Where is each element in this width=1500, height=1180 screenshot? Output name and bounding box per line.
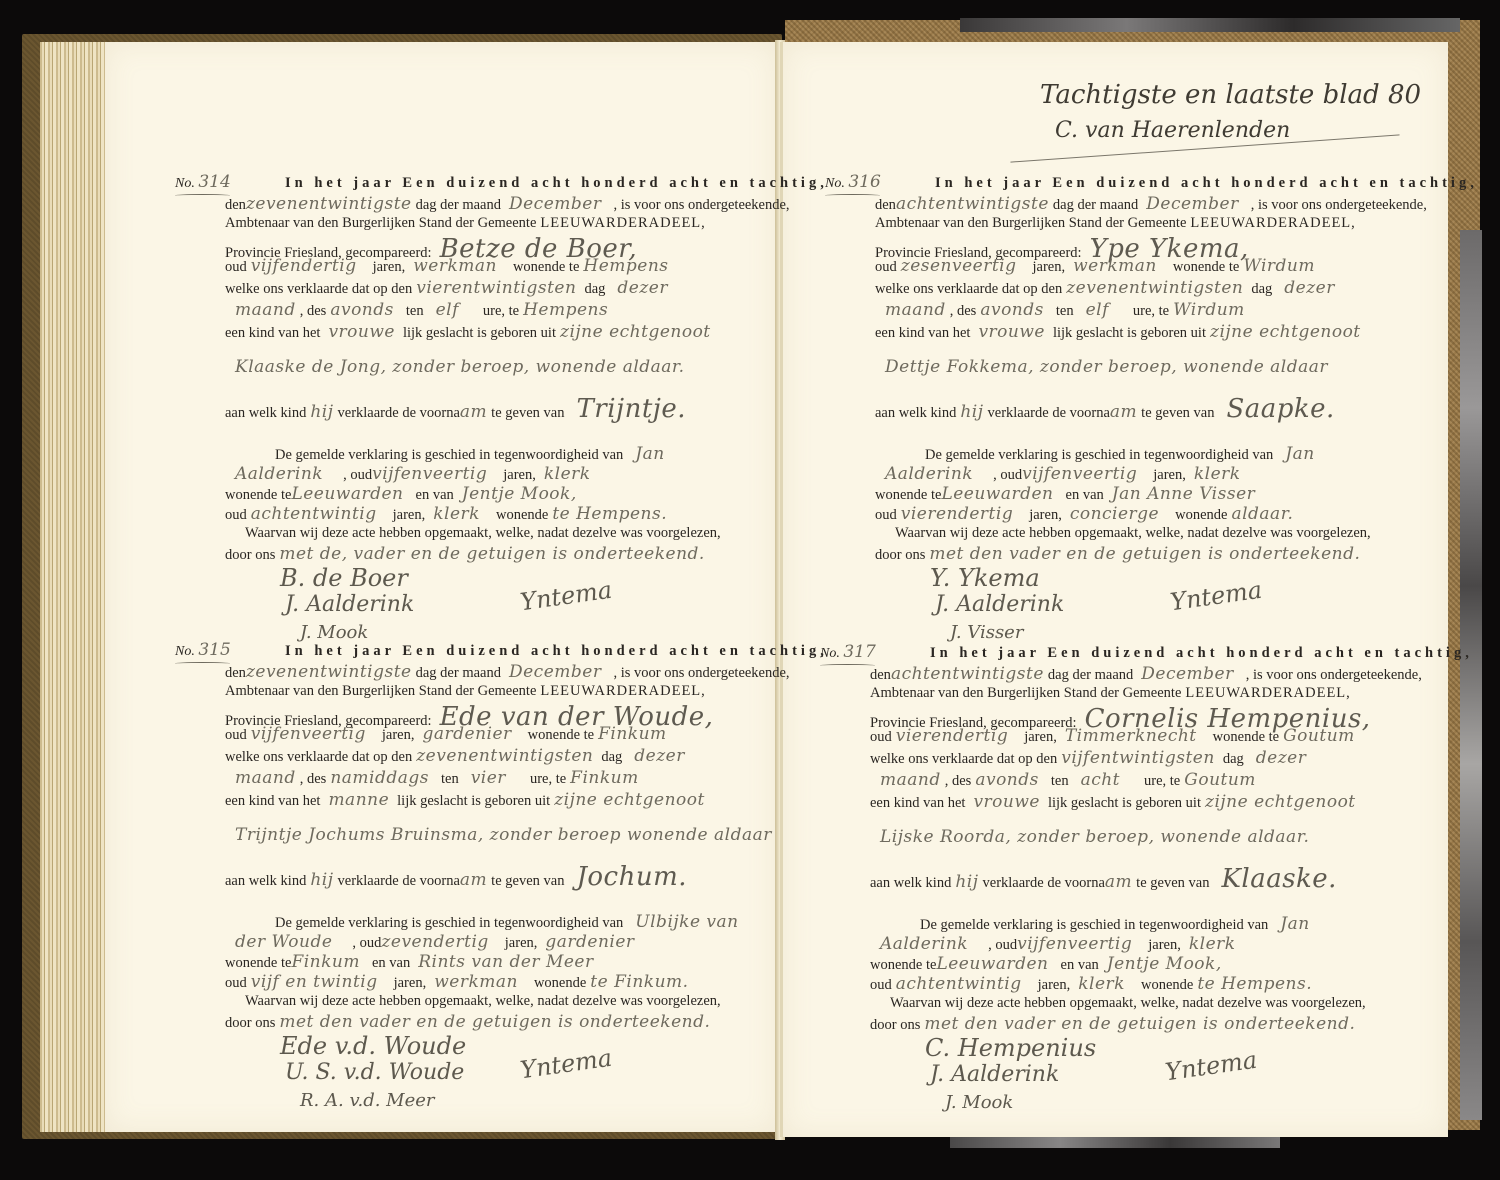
witness2-row: oud vierendertig jaren, concierge wonend… bbox=[875, 504, 1293, 524]
witness1-row: Aalderink , oudvijfenveertig jaren, kler… bbox=[880, 934, 1236, 954]
signature-witness1: J. Aalderink bbox=[285, 592, 414, 617]
child-label: een kind van het bbox=[875, 325, 970, 341]
te-geven-label: te geven van bbox=[1141, 405, 1214, 421]
day-of-month: zevenentwintigste bbox=[246, 662, 412, 682]
entry-number: No. 314 bbox=[175, 172, 231, 192]
wonende-label: wonende bbox=[1175, 507, 1227, 523]
birth-place: Goutum bbox=[1184, 770, 1256, 790]
des-label: , des bbox=[950, 303, 977, 319]
oud-label: , oud bbox=[352, 935, 381, 951]
witness1-age: zevendertig bbox=[381, 932, 488, 952]
official-title: Ambtenaar van den Burgerlijken Stand der… bbox=[225, 683, 536, 699]
witness2-occupation: concierge bbox=[1070, 504, 1159, 524]
entry-number: No. 316 bbox=[825, 172, 881, 192]
maand-word: maand bbox=[880, 770, 941, 790]
mother-row: Trijntje Jochums Bruinsma, zonder beroep… bbox=[235, 825, 772, 845]
witness1-age: vijfenveertig bbox=[372, 464, 487, 484]
oud-label: oud bbox=[225, 727, 247, 743]
year-line-row: In het jaar Een duizend acht honderd ach… bbox=[285, 642, 828, 660]
den-label: den bbox=[225, 665, 246, 681]
witness2-occupation: klerk bbox=[1078, 974, 1125, 994]
page-stack-edges bbox=[40, 42, 112, 1132]
entry-number-value: 314 bbox=[198, 172, 230, 192]
oud-label: oud bbox=[225, 259, 247, 275]
maand-word: maand bbox=[235, 768, 296, 788]
child-sex: vrouwe bbox=[973, 792, 1040, 812]
declarant-residence: Finkum bbox=[598, 724, 667, 744]
am-suffix: am bbox=[460, 870, 487, 890]
residence-label: wonende te bbox=[225, 955, 291, 971]
date-row: denachtentwintigste dag der maand Decemb… bbox=[875, 194, 1427, 214]
witness-clause-row: De gemelde verklaring is geschied in teg… bbox=[275, 444, 665, 464]
child-sex: vrouwe bbox=[978, 322, 1045, 342]
time-row: maand , des namiddags ten vier ure, te F… bbox=[235, 768, 639, 788]
witness1-last-name: Aalderink bbox=[885, 464, 973, 484]
am-suffix: am bbox=[460, 402, 487, 422]
witness1-row: der Woude , oudzevendertig jaren, garden… bbox=[235, 932, 635, 952]
dag-label: dag bbox=[601, 749, 622, 765]
witness1-residence: Leeuwarden bbox=[291, 484, 403, 504]
witness1-residence: Leeuwarden bbox=[936, 954, 1048, 974]
witness2-age: vijf en twintig bbox=[251, 972, 378, 992]
jaren-label: jaren, bbox=[1148, 937, 1181, 953]
year-line-row: In het jaar Een duizend acht honderd ach… bbox=[285, 174, 828, 192]
witness2-row: oud vijf en twintig jaren, werkman wonen… bbox=[225, 972, 689, 992]
closing-row: Waarvan wij deze acte hebben opgemaakt, … bbox=[245, 992, 721, 1010]
signed-text: met den vader en de getuigen is ondertee… bbox=[929, 544, 1360, 564]
den-label: den bbox=[875, 197, 896, 213]
child-sex: manne bbox=[328, 790, 389, 810]
birth-hour: acht bbox=[1081, 770, 1120, 790]
witness1-residence: Leeuwarden bbox=[941, 484, 1053, 504]
declarant-age: zesenveertig bbox=[901, 256, 1017, 276]
closing-clause: Waarvan wij deze acte hebben opgemaakt, … bbox=[895, 525, 1371, 541]
signature-witness2: J. Mook bbox=[300, 622, 368, 643]
declarant-residence: Hempens bbox=[583, 256, 668, 276]
lijk-label: lijk geslacht is geboren uit bbox=[403, 325, 556, 341]
den-label: den bbox=[225, 197, 246, 213]
time-row: maand , des avonds ten acht ure, te Gout… bbox=[880, 770, 1256, 790]
aan-welk-label: aan welk kind bbox=[225, 873, 306, 889]
lijk-label: lijk geslacht is geboren uit bbox=[397, 793, 550, 809]
signature-declarant: Y. Ykema bbox=[930, 564, 1040, 592]
declarant-occupation: Timmerknecht bbox=[1065, 726, 1197, 746]
jaren-label: jaren, bbox=[373, 259, 406, 275]
residence-label: wonende te bbox=[528, 727, 594, 743]
pronoun: hij bbox=[310, 402, 333, 422]
witness2-name: Rints van der Meer bbox=[418, 952, 593, 972]
dezer-word: dezer bbox=[634, 746, 685, 766]
month-value: December bbox=[1146, 194, 1238, 214]
dag-label: dag bbox=[584, 281, 605, 297]
mother-row: Klaaske de Jong, zonder beroep, wonende … bbox=[235, 357, 685, 377]
voornaam-label: verklaarde de voorna bbox=[983, 875, 1105, 891]
witness2-residence: te Finkum. bbox=[590, 972, 688, 992]
witness2-row: oud achtentwintig jaren, klerk wonende t… bbox=[225, 504, 667, 524]
jaren-label: jaren, bbox=[505, 935, 538, 951]
witness1-occupation: klerk bbox=[544, 464, 591, 484]
am-suffix: am bbox=[1105, 872, 1132, 892]
official-clause: , is voor ons ondergeteekende, bbox=[613, 665, 789, 681]
official-row: Ambtenaar van den Burgerlijken Stand der… bbox=[870, 684, 1351, 702]
jaren-label: jaren, bbox=[1153, 467, 1186, 483]
maand-word: maand bbox=[885, 300, 946, 320]
child-name: Klaaske. bbox=[1221, 864, 1337, 894]
year-line-row: In het jaar Een duizend acht honderd ach… bbox=[935, 174, 1478, 192]
declarant-occupation: werkman bbox=[1073, 256, 1157, 276]
declared-label: welke ons verklaarde dat op den bbox=[875, 281, 1062, 297]
witness2-residence: te Hempens. bbox=[552, 504, 667, 524]
pronoun: hij bbox=[960, 402, 983, 422]
witness1-res-row: wonende teLeeuwarden en van Jentje Mook, bbox=[870, 954, 1222, 974]
door-ons-label: door ons bbox=[225, 1015, 275, 1031]
witness1-first-name: Jan bbox=[1280, 914, 1309, 934]
signature-witness2: J. Mook bbox=[945, 1092, 1013, 1113]
oud-label: oud bbox=[875, 507, 897, 523]
child-name-row: aan welk kind hij verklaarde de voornaam… bbox=[225, 394, 686, 424]
birth-day: zevenentwintigsten bbox=[1066, 278, 1243, 298]
birth-hour: elf bbox=[436, 300, 459, 320]
wonende-label: wonende bbox=[534, 975, 586, 991]
jaren-label: jaren, bbox=[1038, 977, 1071, 993]
municipality: LEEUWARDERADEEL, bbox=[540, 215, 705, 231]
en-van-label: en van bbox=[1066, 487, 1104, 503]
witness2-name: Jentje Mook, bbox=[462, 484, 577, 504]
spouse-prefix: zijne echtgenoot bbox=[554, 790, 705, 810]
month-label: dag der maand bbox=[416, 665, 501, 681]
ten-label: ten bbox=[1051, 773, 1069, 789]
mother-name: Lijske Roorda, zonder beroep, wonende al… bbox=[880, 827, 1309, 847]
witness2-residence: aldaar. bbox=[1231, 504, 1293, 524]
witness1-res-row: wonende teLeeuwarden en van Jentje Mook, bbox=[225, 484, 577, 504]
time-of-day: avonds bbox=[330, 300, 394, 320]
ure-label: ure, te bbox=[483, 303, 519, 319]
registrar-signature-header: C. van Haerenlenden bbox=[1055, 118, 1290, 143]
witness1-last-name: der Woude bbox=[235, 932, 332, 952]
declared-label: welke ons verklaarde dat op den bbox=[870, 751, 1057, 767]
age-row: oud vijfenveertig jaren, gardenier wonen… bbox=[225, 724, 667, 744]
official-clause: , is voor ons ondergeteekende, bbox=[1251, 197, 1427, 213]
witness-clause-row: De gemelde verklaring is geschied in teg… bbox=[920, 914, 1310, 934]
spouse-prefix: zijne echtgenoot bbox=[560, 322, 711, 342]
child-name: Trijntje. bbox=[576, 394, 686, 424]
ten-label: ten bbox=[441, 771, 459, 787]
child-label: een kind van het bbox=[225, 793, 320, 809]
residence-label: wonende te bbox=[870, 957, 936, 973]
witness1-res-row: wonende teFinkum en van Rints van der Me… bbox=[225, 952, 594, 972]
no-label: No. bbox=[825, 176, 845, 191]
child-name: Jochum. bbox=[576, 862, 687, 892]
birth-place: Wirdum bbox=[1173, 300, 1245, 320]
jaren-label: jaren, bbox=[1033, 259, 1066, 275]
official-title: Ambtenaar van den Burgerlijken Stand der… bbox=[870, 685, 1181, 701]
wonende-label: wonende bbox=[1141, 977, 1193, 993]
jaren-label: jaren, bbox=[1024, 729, 1057, 745]
residence-label: wonende te bbox=[875, 487, 941, 503]
witness1-row: Aalderink , oudvijfenveertig jaren, kler… bbox=[885, 464, 1241, 484]
closing-clause: Waarvan wij deze acte hebben opgemaakt, … bbox=[245, 993, 721, 1009]
te-geven-label: te geven van bbox=[491, 873, 564, 889]
child-name-row: aan welk kind hij verklaarde de voornaam… bbox=[225, 862, 687, 892]
maand-word: maand bbox=[235, 300, 296, 320]
date-row: denachtentwintigste dag der maand Decemb… bbox=[870, 664, 1422, 684]
witness1-first-name: Ulbijke van bbox=[635, 912, 738, 932]
witness2-name: Jentje Mook, bbox=[1107, 954, 1222, 974]
ure-label: ure, te bbox=[1133, 303, 1169, 319]
door-ons-label: door ons bbox=[875, 547, 925, 563]
month-value: December bbox=[509, 662, 601, 682]
time-of-day: avonds bbox=[975, 770, 1039, 790]
no-label: No. bbox=[175, 644, 195, 659]
birth-place: Hempens bbox=[523, 300, 608, 320]
year-line-row: In het jaar Een duizend acht honderd ach… bbox=[930, 644, 1473, 662]
voornaam-label: verklaarde de voorna bbox=[338, 873, 460, 889]
signature-declarant: Ede v.d. Woude bbox=[280, 1032, 466, 1060]
signature-witness1: J. Aalderink bbox=[930, 1062, 1059, 1087]
declared-label: welke ons verklaarde dat op den bbox=[225, 281, 412, 297]
witness1-last-name: Aalderink bbox=[880, 934, 968, 954]
closing-row: Waarvan wij deze acte hebben opgemaakt, … bbox=[890, 994, 1366, 1012]
en-van-label: en van bbox=[1061, 957, 1099, 973]
door-ons-label: door ons bbox=[225, 547, 275, 563]
witness2-residence: te Hempens. bbox=[1197, 974, 1312, 994]
ten-label: ten bbox=[406, 303, 424, 319]
declared-label: welke ons verklaarde dat op den bbox=[225, 749, 412, 765]
time-of-day: namiddags bbox=[330, 768, 429, 788]
am-suffix: am bbox=[1110, 402, 1137, 422]
child-name-row: aan welk kind hij verklaarde de voornaam… bbox=[870, 864, 1337, 894]
dag-label: dag bbox=[1223, 751, 1244, 767]
day-of-month: achtentwintigste bbox=[891, 664, 1044, 684]
aan-welk-label: aan welk kind bbox=[225, 405, 306, 421]
marbled-board-top bbox=[960, 18, 1460, 32]
birth-place: Finkum bbox=[570, 768, 639, 788]
witness-clause-row: De gemelde verklaring is geschied in teg… bbox=[275, 912, 739, 932]
signed-text: met de, vader en de getuigen is ondertee… bbox=[279, 544, 704, 564]
residence-label: wonende te bbox=[1173, 259, 1239, 275]
mother-name: Dettje Fokkema, zonder beroep, wonende a… bbox=[885, 357, 1328, 377]
no-label: No. bbox=[175, 176, 195, 191]
closing-row: Waarvan wij deze acte hebben opgemaakt, … bbox=[895, 524, 1371, 542]
signature-witness2: J. Visser bbox=[950, 622, 1023, 643]
entry-number-value: 316 bbox=[848, 172, 880, 192]
time-of-day: avonds bbox=[980, 300, 1044, 320]
birth-day: zevenentwintigsten bbox=[416, 746, 593, 766]
oud-label: , oud bbox=[993, 467, 1022, 483]
witness1-age: vijfenveertig bbox=[1022, 464, 1137, 484]
month-label: dag der maand bbox=[1053, 197, 1138, 213]
voornaam-label: verklaarde de voorna bbox=[338, 405, 460, 421]
lijk-label: lijk geslacht is geboren uit bbox=[1048, 795, 1201, 811]
aan-welk-label: aan welk kind bbox=[875, 405, 956, 421]
jaren-label: jaren, bbox=[382, 727, 415, 743]
birth-day-row: welke ons verklaarde dat op den vijfentw… bbox=[870, 748, 1306, 768]
pronoun: hij bbox=[310, 870, 333, 890]
dezer-word: dezer bbox=[617, 278, 668, 298]
oud-label: , oud bbox=[988, 937, 1017, 953]
age-row: oud vijfendertig jaren, werkman wonende … bbox=[225, 256, 669, 276]
birth-day-row: welke ons verklaarde dat op den zevenent… bbox=[225, 746, 685, 766]
witness1-last-name: Aalderink bbox=[235, 464, 323, 484]
dezer-word: dezer bbox=[1284, 278, 1335, 298]
entry-number-value: 315 bbox=[198, 640, 230, 660]
witness2-occupation: klerk bbox=[433, 504, 480, 524]
mother-name: Trijntje Jochums Bruinsma, zonder beroep… bbox=[235, 825, 772, 845]
witness-clause: De gemelde verklaring is geschied in teg… bbox=[920, 917, 1268, 933]
lijk-label: lijk geslacht is geboren uit bbox=[1053, 325, 1206, 341]
witness-clause: De gemelde verklaring is geschied in teg… bbox=[925, 447, 1273, 463]
declarant-occupation: gardenier bbox=[422, 724, 511, 744]
month-label: dag der maand bbox=[1048, 667, 1133, 683]
mother-row: Lijske Roorda, zonder beroep, wonende al… bbox=[880, 827, 1309, 847]
en-van-label: en van bbox=[416, 487, 454, 503]
oud-label: oud bbox=[225, 975, 247, 991]
date-row: denzevenentwintigste dag der maand Decem… bbox=[225, 662, 790, 682]
official-row: Ambtenaar van den Burgerlijken Stand der… bbox=[225, 682, 706, 700]
birth-hour: vier bbox=[471, 768, 506, 788]
birth-day-row: welke ons verklaarde dat op den zevenent… bbox=[875, 278, 1335, 298]
spouse-prefix: zijne echtgenoot bbox=[1210, 322, 1361, 342]
signed-row: door ons met den vader en de getuigen is… bbox=[875, 544, 1360, 564]
closing-clause: Waarvan wij deze acte hebben opgemaakt, … bbox=[245, 525, 721, 541]
entry-number-value: 317 bbox=[843, 642, 875, 662]
official-title: Ambtenaar van den Burgerlijken Stand der… bbox=[875, 215, 1186, 231]
des-label: , des bbox=[300, 771, 327, 787]
signed-row: door ons met de, vader en de getuigen is… bbox=[225, 544, 705, 564]
te-geven-label: te geven van bbox=[1136, 875, 1209, 891]
official-clause: , is voor ons ondergeteekende, bbox=[1246, 667, 1422, 683]
entry-number: No. 315 bbox=[175, 640, 231, 660]
dezer-word: dezer bbox=[1256, 748, 1307, 768]
year-line: In het jaar Een duizend acht honderd ach… bbox=[935, 175, 1478, 191]
signature-declarant: C. Hempenius bbox=[925, 1034, 1096, 1062]
signature-witness1: U. S. v.d. Woude bbox=[285, 1060, 464, 1085]
official-clause: , is voor ons ondergeteekende, bbox=[613, 197, 789, 213]
witness1-occupation: klerk bbox=[1194, 464, 1241, 484]
closing-clause: Waarvan wij deze acte hebben opgemaakt, … bbox=[890, 995, 1366, 1011]
day-of-month: achtentwintigste bbox=[896, 194, 1049, 214]
witness1-res-row: wonende teLeeuwarden en van Jan Anne Vis… bbox=[875, 484, 1255, 504]
age-row: oud vierendertig jaren, Timmerknecht won… bbox=[870, 726, 1355, 746]
dag-label: dag bbox=[1251, 281, 1272, 297]
official-row: Ambtenaar van den Burgerlijken Stand der… bbox=[225, 214, 706, 232]
age-row: oud zesenveertig jaren, werkman wonende … bbox=[875, 256, 1315, 276]
jaren-label: jaren, bbox=[394, 975, 427, 991]
official-row: Ambtenaar van den Burgerlijken Stand der… bbox=[875, 214, 1356, 232]
signature-witness2: R. A. v.d. Meer bbox=[300, 1090, 435, 1111]
witness1-residence: Finkum bbox=[291, 952, 360, 972]
month-label: dag der maand bbox=[416, 197, 501, 213]
birth-day-row: welke ons verklaarde dat op den vierentw… bbox=[225, 278, 668, 298]
declarant-occupation: werkman bbox=[413, 256, 497, 276]
closing-row: Waarvan wij deze acte hebben opgemaakt, … bbox=[245, 524, 721, 542]
witness2-age: vierendertig bbox=[901, 504, 1013, 524]
marbled-board-edge bbox=[1460, 230, 1482, 1120]
witness2-occupation: werkman bbox=[434, 972, 518, 992]
voornaam-label: verklaarde de voorna bbox=[988, 405, 1110, 421]
sex-row: een kind van het vrouwe lijk geslacht is… bbox=[225, 322, 711, 342]
municipality: LEEUWARDERADEEL, bbox=[1185, 685, 1350, 701]
witness1-row: Aalderink , oudvijfenveertig jaren, kler… bbox=[235, 464, 591, 484]
signed-text: met den vader en de getuigen is ondertee… bbox=[279, 1012, 710, 1032]
signed-text: met den vader en de getuigen is ondertee… bbox=[924, 1014, 1355, 1034]
ten-label: ten bbox=[1056, 303, 1074, 319]
witness2-name: Jan Anne Visser bbox=[1112, 484, 1256, 504]
oud-label: , oud bbox=[343, 467, 372, 483]
des-label: , des bbox=[300, 303, 327, 319]
signature-declarant: B. de Boer bbox=[280, 564, 408, 592]
birth-day: vierentwintigsten bbox=[416, 278, 576, 298]
year-line: In het jaar Een duizend acht honderd ach… bbox=[930, 645, 1473, 661]
witness1-age: vijfenveertig bbox=[1017, 934, 1132, 954]
oud-label: oud bbox=[870, 729, 892, 745]
witness1-first-name: Jan bbox=[635, 444, 664, 464]
child-sex: vrouwe bbox=[328, 322, 395, 342]
mother-row: Dettje Fokkema, zonder beroep, wonende a… bbox=[885, 357, 1328, 377]
child-label: een kind van het bbox=[225, 325, 320, 341]
witness2-age: achtentwintig bbox=[251, 504, 377, 524]
ure-label: ure, te bbox=[530, 771, 566, 787]
des-label: , des bbox=[945, 773, 972, 789]
witness2-age: achtentwintig bbox=[896, 974, 1022, 994]
jaren-label: jaren, bbox=[1029, 507, 1062, 523]
signature-witness1: J. Aalderink bbox=[935, 592, 1064, 617]
birth-hour: elf bbox=[1086, 300, 1109, 320]
declarant-residence: Wirdum bbox=[1243, 256, 1315, 276]
witness1-occupation: klerk bbox=[1189, 934, 1236, 954]
declarant-age: vierendertig bbox=[896, 726, 1008, 746]
oud-label: oud bbox=[225, 507, 247, 523]
date-row: denzevenentwintigste dag der maand Decem… bbox=[225, 194, 790, 214]
door-ons-label: door ons bbox=[870, 1017, 920, 1033]
child-label: een kind van het bbox=[870, 795, 965, 811]
residence-label: wonende te bbox=[1213, 729, 1279, 745]
wonende-label: wonende bbox=[496, 507, 548, 523]
witness-clause-row: De gemelde verklaring is geschied in teg… bbox=[925, 444, 1315, 464]
witness1-first-name: Jan bbox=[1285, 444, 1314, 464]
witness2-row: oud achtentwintig jaren, klerk wonende t… bbox=[870, 974, 1312, 994]
child-name-row: aan welk kind hij verklaarde de voornaam… bbox=[875, 394, 1335, 424]
aan-welk-label: aan welk kind bbox=[870, 875, 951, 891]
month-value: December bbox=[509, 194, 601, 214]
child-name: Saapke. bbox=[1226, 394, 1334, 424]
witness1-occupation: gardenier bbox=[545, 932, 634, 952]
signed-row: door ons met den vader en de getuigen is… bbox=[225, 1012, 710, 1032]
witness-clause: De gemelde verklaring is geschied in teg… bbox=[275, 915, 623, 931]
declarant-age: vijfenveertig bbox=[251, 724, 366, 744]
jaren-label: jaren, bbox=[393, 507, 426, 523]
oud-label: oud bbox=[875, 259, 897, 275]
municipality: LEEUWARDERADEEL, bbox=[1190, 215, 1355, 231]
witness-clause: De gemelde verklaring is geschied in teg… bbox=[275, 447, 623, 463]
no-label: No. bbox=[820, 646, 840, 661]
te-geven-label: te geven van bbox=[491, 405, 564, 421]
pronoun: hij bbox=[955, 872, 978, 892]
page-header-note: Tachtigste en laatste blad 80 bbox=[1040, 80, 1421, 110]
residence-label: wonende te bbox=[225, 487, 291, 503]
time-row: maand , des avonds ten elf ure, te Wirdu… bbox=[885, 300, 1245, 320]
declarant-age: vijfendertig bbox=[251, 256, 357, 276]
month-value: December bbox=[1141, 664, 1233, 684]
ure-label: ure, te bbox=[1144, 773, 1180, 789]
jaren-label: jaren, bbox=[503, 467, 536, 483]
official-title: Ambtenaar van den Burgerlijken Stand der… bbox=[225, 215, 536, 231]
den-label: den bbox=[870, 667, 891, 683]
residence-label: wonende te bbox=[513, 259, 579, 275]
sex-row: een kind van het vrouwe lijk geslacht is… bbox=[875, 322, 1361, 342]
entry-number: No. 317 bbox=[820, 642, 876, 662]
declarant-residence: Goutum bbox=[1283, 726, 1355, 746]
